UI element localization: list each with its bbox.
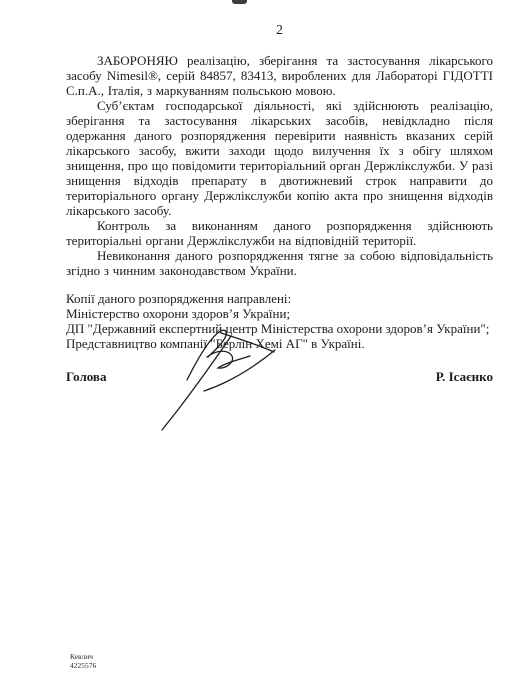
signer-title: Голова — [66, 369, 106, 384]
handwritten-signature — [130, 318, 290, 438]
paragraph-business-entities: Суб’єктам господарської діяльності, які … — [66, 98, 493, 218]
executor-footer: Кевлич 4225576 — [70, 652, 96, 670]
document-body: 2 ЗАБОРОНЯЮ реалізацію, зберігання та за… — [66, 0, 493, 351]
executor-phone: 4225576 — [70, 661, 96, 670]
executor-name: Кевлич — [70, 652, 96, 661]
signer-name: Р. Ісаєнко — [436, 369, 493, 384]
paragraph-control: Контроль за виконанням даного розпорядже… — [66, 218, 493, 248]
document-page: 2 ЗАБОРОНЯЮ реалізацію, зберігання та за… — [0, 0, 511, 685]
copies-heading: Копії даного розпорядження направлені: — [66, 291, 493, 306]
paragraph-liability: Невиконання даного розпорядження тягне з… — [66, 248, 493, 278]
paragraph-prohibition: ЗАБОРОНЯЮ реалізацію, зберігання та заст… — [66, 53, 493, 98]
page-number: 2 — [66, 0, 493, 37]
